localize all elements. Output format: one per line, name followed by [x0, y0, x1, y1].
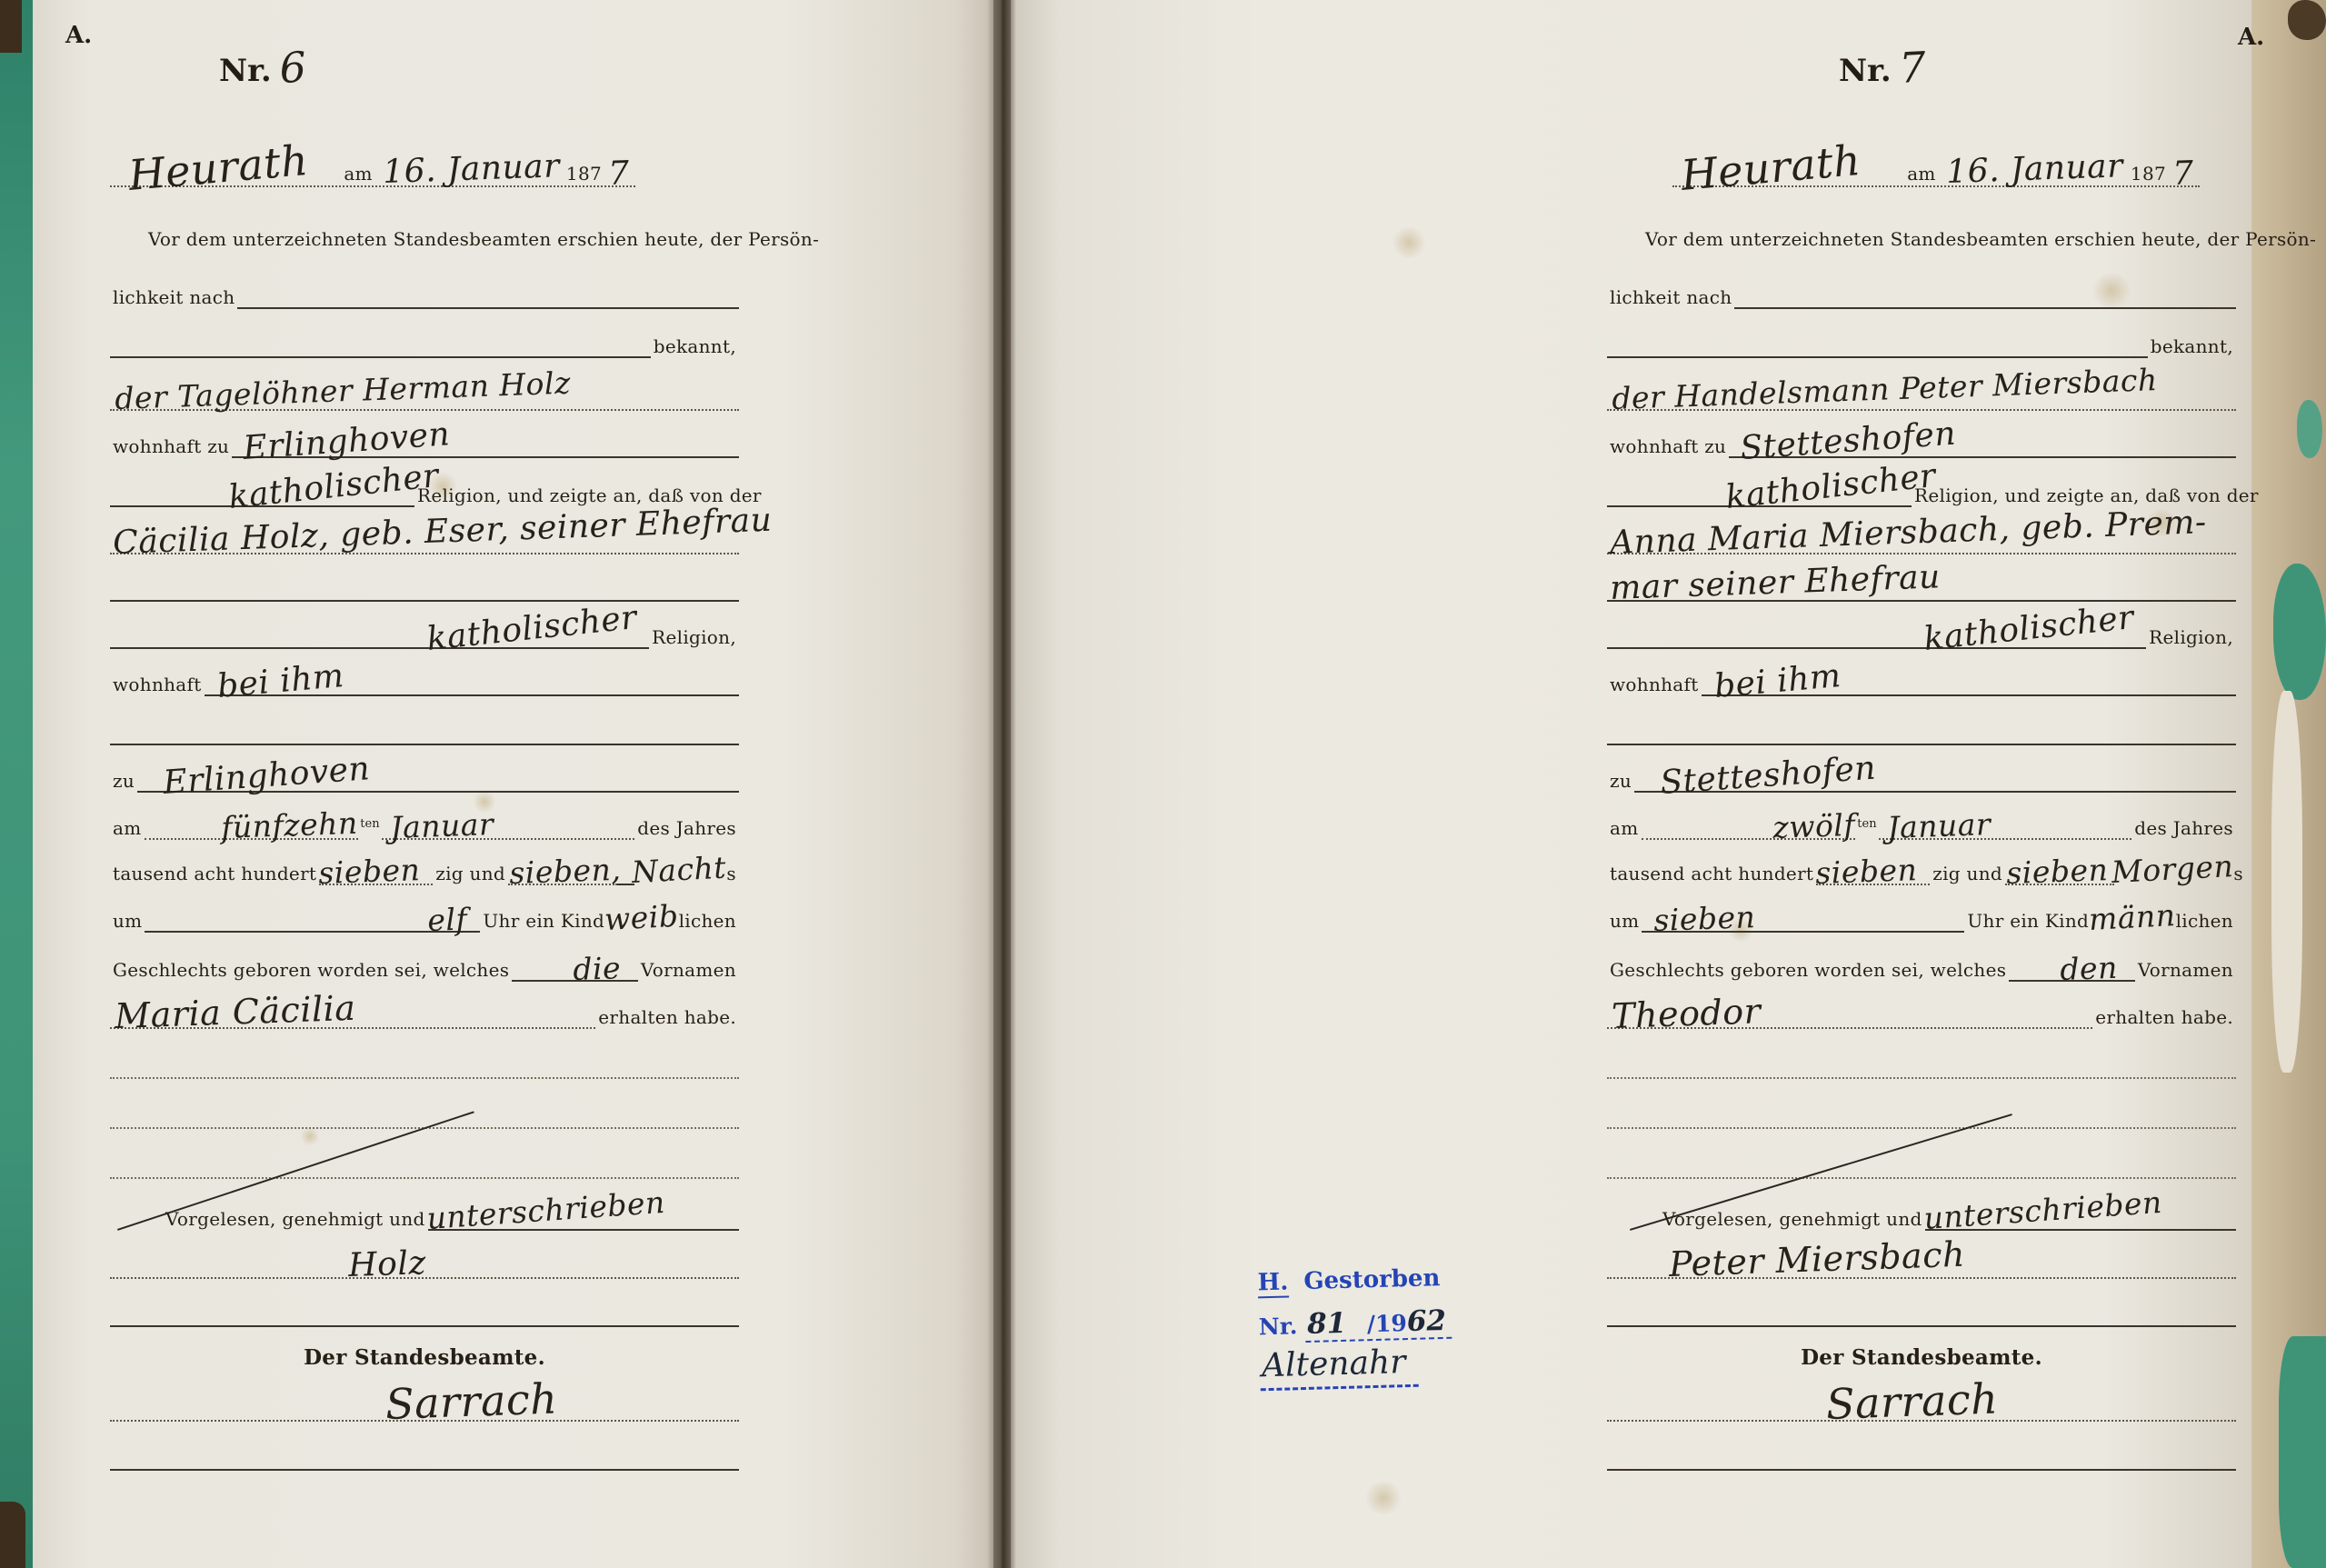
blank-line: unterschrieben — [1925, 1193, 2236, 1231]
printed-text: Geschlechts geboren worden sei, welches — [110, 959, 512, 982]
record-number-line: Nr. 7 — [1839, 36, 1924, 89]
printed-text: Religion, — [649, 626, 739, 649]
decade-entry: sieben — [1815, 852, 1918, 891]
blank-line: Januar — [1879, 802, 2132, 840]
place-date-row: Heurath am 16. Januar 187 7 — [1672, 136, 2200, 187]
blank-line: den — [2009, 944, 2135, 982]
blank-line — [110, 1289, 739, 1327]
signature-row: Holz — [110, 1243, 739, 1279]
printed-text: zig und — [433, 863, 508, 885]
printed-text: des Jahres — [2131, 817, 2236, 840]
blank-line — [1607, 1433, 2236, 1471]
gender-entry: männ — [2088, 897, 2176, 937]
geschlecht-row: Geschlechts geboren worden sei, welches … — [1607, 945, 2236, 982]
printed-text: tausend acht hundert — [110, 863, 319, 885]
standesbeamte-heading: Der Standesbeamte. — [1607, 1345, 2236, 1370]
day-entry: fünfzehn — [221, 805, 359, 845]
place-date-blank: Heurath am 16. Januar 187 7 — [1672, 135, 2200, 187]
birthday-row: am fünfzehn ten Januar des Jahres — [110, 804, 739, 840]
hour-entry: elf — [426, 901, 467, 938]
printed-text: tausend acht hundert — [1607, 863, 1816, 885]
month-entry: Januar — [1886, 806, 1991, 845]
printed-text: um — [110, 910, 145, 933]
place-date-blank: Heurath am 16. Januar 187 7 — [110, 135, 635, 187]
printed-text: wohnhaft zu — [1607, 435, 1729, 458]
mother-row: Anna Maria Miersbach, geb. Prem- — [1607, 518, 2236, 554]
mother-row-2: mar seiner Ehefrau — [1607, 565, 2236, 602]
printed-text: erhalten habe. — [595, 1006, 739, 1029]
religion1-row: katholischer Religion, und zeigte an, da… — [110, 471, 739, 507]
stamp-place-value: Altenahr — [1262, 1343, 1406, 1384]
hour-row: um sieben Uhr ein Kind männ lichen — [1607, 896, 2236, 933]
article-entry: den — [2060, 950, 2119, 987]
declarant-entry: der Tagelöhner Herman Holz — [115, 365, 572, 416]
printed-text: Vorgelesen, genehmigt und — [163, 1208, 428, 1231]
blank-line — [1607, 1289, 2236, 1327]
paragraph-line-2: lichkeit nach — [110, 273, 739, 309]
child-name-entry: Maria Cäcilia — [114, 988, 356, 1036]
blank-line — [237, 271, 739, 309]
stamp-h-label: H. — [1257, 1268, 1288, 1298]
registrar-row: Sarrach — [1607, 1385, 2236, 1422]
blank-line: Erlinghoven — [137, 754, 739, 793]
registrar-signature: Sarrach — [1825, 1373, 1999, 1429]
vorgelesen-row: Vorgelesen, genehmigt und unterschrieben — [1607, 1194, 2236, 1231]
death-annotation-stamp: H. Gestorben Nr. 81 /1962 Altenahr — [1257, 1262, 1560, 1392]
signature-row: Peter Miersbach — [1607, 1243, 2236, 1279]
mother-row: Cäcilia Holz, geb. Eser, seiner Ehefrau — [110, 518, 739, 554]
gender-entry: weib — [604, 898, 679, 937]
blank-line: mar seiner Ehefrau — [1607, 564, 2236, 602]
hour-row: um elf Uhr ein Kind weib lichen — [110, 896, 739, 933]
declarant-row: der Tagelöhner Herman Holz — [110, 375, 739, 411]
birthday-row: am zwölf ten Januar des Jahres — [1607, 804, 2236, 840]
child-name-entry: Theodor — [1611, 991, 1761, 1036]
bekannt-row: bekannt, — [1607, 322, 2236, 358]
ten-suffix: ten — [358, 817, 381, 831]
blank-line: Erlinghoven — [232, 420, 739, 458]
printed-text: Uhr ein Kind — [1964, 910, 2091, 933]
empty-row — [110, 1291, 739, 1327]
book-cover-edge — [0, 0, 33, 1568]
mother-entry: Cäcilia Holz, geb. Eser, seiner Ehefrau — [113, 502, 773, 562]
blank-line — [110, 1091, 739, 1129]
unterschrieben-entry: unterschrieben — [425, 1184, 666, 1236]
printed-text: um — [1607, 910, 1642, 933]
year-words-row: tausend acht hundert sieben zig und sieb… — [1607, 849, 2236, 885]
empty-row — [110, 1043, 739, 1079]
residence-row: wohnhaft zu Erlinghoven — [110, 422, 739, 458]
blank-line: sieben — [2005, 847, 2114, 885]
blank-line: Januar — [382, 802, 635, 840]
page-right: Nr. 7 Heurath am 16. Januar 187 7 Vor de… — [1011, 0, 2252, 1568]
blank-line: Holz — [110, 1241, 739, 1279]
blank-line: sieben, — [508, 847, 617, 885]
printed-text: lichen — [2173, 910, 2236, 933]
religion2-row: katholischer Religion, — [1607, 613, 2236, 649]
blank-line: Theodor — [1607, 991, 2092, 1029]
empty-row — [110, 1143, 739, 1179]
page-left: Nr. 6 Heurath am 16. Januar 187 7 Vor de… — [33, 0, 993, 1568]
printed-text: wohnhaft — [1607, 674, 1702, 696]
registry-book-scan: A. A. Nr. 6 Heurath am 16. Januar 187 7 … — [0, 0, 2326, 1568]
child-name-row: Maria Cäcilia erhalten habe. — [110, 993, 739, 1029]
mother-entry: Anna Maria Miersbach, geb. Prem- — [1610, 504, 2208, 562]
printed-text: zu — [110, 770, 137, 793]
edge-damage-dark — [2288, 0, 2326, 40]
empty-row — [1607, 1093, 2236, 1129]
stamp-gestorben-label: Gestorben — [1303, 1264, 1441, 1295]
printed-text: Geschlechts geboren worden sei, welches — [1607, 959, 2009, 982]
standesbeamte-heading: Der Standesbeamte. — [110, 1345, 739, 1370]
blank-line — [110, 564, 739, 602]
blank-line: Peter Miersbach — [1607, 1241, 2236, 1279]
religion1-row: katholischer Religion, und zeigte an, da… — [1607, 471, 2236, 507]
mother-row-2 — [110, 565, 739, 602]
year-words-row: tausend acht hundert sieben zig und sieb… — [110, 849, 739, 885]
edge-teal-patch-bottom — [2279, 1336, 2326, 1568]
blank-line: der Handelsmann Peter Miersbach — [1607, 373, 2236, 411]
blank-line: der Tagelöhner Herman Holz — [110, 373, 739, 411]
cover-corner-bottom — [0, 1502, 25, 1568]
wohnhaft-row: wohnhaft bei ihm — [110, 660, 739, 696]
printed-text: Vorgelesen, genehmigt und — [1660, 1208, 1925, 1231]
blank-line: Stetteshofen — [1729, 420, 2236, 458]
vorgelesen-row: Vorgelesen, genehmigt und unterschrieben — [110, 1194, 739, 1231]
blank-line: bei ihm — [1702, 658, 2236, 696]
birthplace-row: zu Erlinghoven — [110, 756, 739, 793]
declarant-row: der Handelsmann Peter Miersbach — [1607, 375, 2236, 411]
unit-entry: sieben, — [509, 852, 622, 891]
blank-line: katholischer — [110, 469, 414, 507]
empty-row — [1607, 709, 2236, 745]
blank-line — [1607, 1091, 2236, 1129]
printed-text: lichkeit nach — [1607, 286, 1734, 309]
record-number-line: Nr. 6 — [219, 36, 304, 89]
decade-entry: sieben — [318, 852, 421, 891]
registrar-row: Sarrach — [110, 1385, 739, 1422]
am-label: am — [341, 163, 375, 185]
wohnhaft-entry: bei ihm — [215, 657, 345, 705]
printed-text: wohnhaft — [110, 674, 205, 696]
month-entry: Januar — [389, 806, 494, 845]
printed-text: Religion, — [2146, 626, 2236, 649]
time-of-day-entry: Nacht — [631, 850, 727, 890]
printed-text: lichen — [676, 910, 739, 933]
blank-line: Maria Cäcilia — [110, 991, 595, 1029]
stamp-number-value: 81 — [1307, 1307, 1347, 1341]
printed-text: am — [110, 817, 145, 840]
empty-row — [1607, 1434, 2236, 1471]
printed-text: Der Standesbeamte. — [301, 1345, 548, 1371]
date-entry: 16. Januar — [382, 147, 560, 191]
blank-line: katholischer — [110, 611, 649, 649]
blank-line: bei ihm — [205, 658, 739, 696]
birthplace-entry: Erlinghoven — [162, 750, 371, 802]
blank-line: elf — [145, 894, 480, 933]
date-entry: 16. Januar — [1945, 147, 2123, 191]
empty-row — [110, 709, 739, 745]
bekannt-row: bekannt, — [110, 322, 739, 358]
unit-entry: sieben — [2006, 852, 2109, 891]
declarant-signature: Holz — [348, 1244, 427, 1284]
printed-text: bekannt, — [2148, 335, 2236, 358]
blank-line — [110, 1141, 739, 1179]
blank-line — [110, 707, 739, 745]
printed-text: des Jahres — [634, 817, 739, 840]
year-printed: 187 — [564, 163, 604, 185]
birthplace-row: zu Stetteshofen — [1607, 756, 2236, 793]
empty-row — [1607, 1291, 2236, 1327]
wohnhaft-row: wohnhaft bei ihm — [1607, 660, 2236, 696]
declarant-signature: Peter Miersbach — [1669, 1234, 1966, 1284]
geschlecht-row: Geschlechts geboren worden sei, welches … — [110, 945, 739, 982]
record-number-value: 6 — [278, 43, 308, 93]
birthplace-entry: Stetteshofen — [1659, 750, 1877, 802]
printed-text: Vor dem unterzeichneten Standesbeamten e… — [110, 228, 822, 251]
printed-text: am — [1607, 817, 1642, 840]
paragraph-line-1: Vor dem unterzeichneten Standesbeamten e… — [1607, 220, 2236, 251]
blank-line: die — [512, 944, 638, 982]
year-printed: 187 — [2128, 163, 2169, 185]
blank-line — [1607, 320, 2148, 358]
cover-corner-top — [0, 0, 22, 53]
blank-line: katholischer — [1607, 611, 2146, 649]
printed-text: Der Standesbeamte. — [1798, 1345, 2045, 1371]
blank-line: sieben — [1642, 894, 1964, 933]
edge-paper-sliver — [2271, 691, 2302, 1073]
printed-text: zu — [1607, 770, 1634, 793]
blank-line — [1607, 1041, 2236, 1079]
printed-text: lichkeit nach — [110, 286, 237, 309]
printed-text: Vornamen — [638, 959, 739, 982]
blank-line — [1607, 1141, 2236, 1179]
blank-line — [1734, 271, 2236, 309]
religion2-row: katholischer Religion, — [110, 613, 739, 649]
blank-line: sieben — [319, 847, 433, 885]
religion2-entry: katholischer — [425, 599, 639, 658]
article-entry: die — [573, 950, 622, 987]
blank-line: sieben — [1816, 847, 1930, 885]
printed-text: Uhr ein Kind — [480, 910, 607, 933]
paragraph-line-2: lichkeit nach — [1607, 273, 2236, 309]
stamp-place-line: Altenahr — [1259, 1334, 1560, 1392]
blank-line: katholischer — [1607, 469, 1912, 507]
empty-row — [110, 1434, 739, 1471]
record-number-value: 7 — [1898, 43, 1928, 93]
blank-line: Sarrach — [110, 1383, 739, 1422]
year-entry: 7 — [2171, 155, 2194, 193]
blank-line: zwölf — [1642, 802, 1856, 840]
printed-text: Religion, und zeigte an, daß von der — [1912, 484, 2261, 507]
blank-line: Sarrach — [1607, 1383, 2236, 1422]
year-entry: 7 — [607, 155, 630, 193]
blank-line: Cäcilia Holz, geb. Eser, seiner Ehefrau — [110, 516, 739, 554]
blank-line — [110, 1041, 739, 1079]
ten-suffix: ten — [1855, 817, 1878, 831]
empty-row — [110, 1093, 739, 1129]
printed-text: Vornamen — [2135, 959, 2236, 982]
place-entry: Heurath — [1679, 135, 1862, 200]
unterschrieben-entry: unterschrieben — [1922, 1184, 2163, 1236]
blank-line: fünfzehn — [145, 802, 359, 840]
residence-row: wohnhaft zu Stetteshofen — [1607, 422, 2236, 458]
printed-text: erhalten habe. — [2092, 1006, 2236, 1029]
declarant-entry: der Handelsmann Peter Miersbach — [1612, 362, 2159, 416]
blank-line — [110, 1433, 739, 1471]
blank-line — [110, 320, 651, 358]
religion2-entry: katholischer — [1922, 599, 2136, 658]
blank-line: unterschrieben — [428, 1193, 739, 1231]
mother-entry-2: mar seiner Ehefrau — [1610, 558, 1942, 607]
empty-row — [1607, 1143, 2236, 1179]
child-name-row: Theodor erhalten habe. — [1607, 993, 2236, 1029]
registrar-signature: Sarrach — [385, 1373, 559, 1429]
hour-entry: sieben — [1653, 899, 1756, 938]
printed-text: bekannt, — [651, 335, 739, 358]
day-entry: zwölf — [1772, 807, 1855, 845]
blank-line — [1607, 707, 2236, 745]
printed-text: wohnhaft zu — [110, 435, 232, 458]
time-of-day-entry: Morgen — [2111, 848, 2234, 890]
page-right-content: Nr. 7 Heurath am 16. Januar 187 7 Vor de… — [1607, 0, 2236, 1568]
stamp-year-value: 62 — [1406, 1304, 1446, 1338]
blank-line: Stetteshofen — [1634, 754, 2236, 793]
empty-row — [1607, 1043, 2236, 1079]
paragraph-line-1: Vor dem unterzeichneten Standesbeamten e… — [110, 220, 739, 251]
nr-label: Nr. — [1839, 53, 1892, 89]
place-entry: Heurath — [126, 135, 310, 200]
stamp-nr-label: Nr. — [1259, 1313, 1298, 1340]
wohnhaft-entry: bei ihm — [1712, 657, 1842, 705]
page-left-content: Nr. 6 Heurath am 16. Januar 187 7 Vor de… — [110, 0, 739, 1568]
printed-text: zig und — [1930, 863, 2005, 885]
printed-text: Vor dem unterzeichneten Standesbeamten e… — [1607, 228, 2319, 251]
edge-teal-patch-small — [2297, 400, 2322, 458]
nr-label: Nr. — [219, 53, 272, 89]
place-date-row: Heurath am 16. Januar 187 7 — [110, 136, 635, 187]
stamp-slash-year: /19 — [1367, 1310, 1408, 1337]
am-label: am — [1904, 163, 1939, 185]
blank-line: Anna Maria Miersbach, geb. Prem- — [1607, 516, 2236, 554]
